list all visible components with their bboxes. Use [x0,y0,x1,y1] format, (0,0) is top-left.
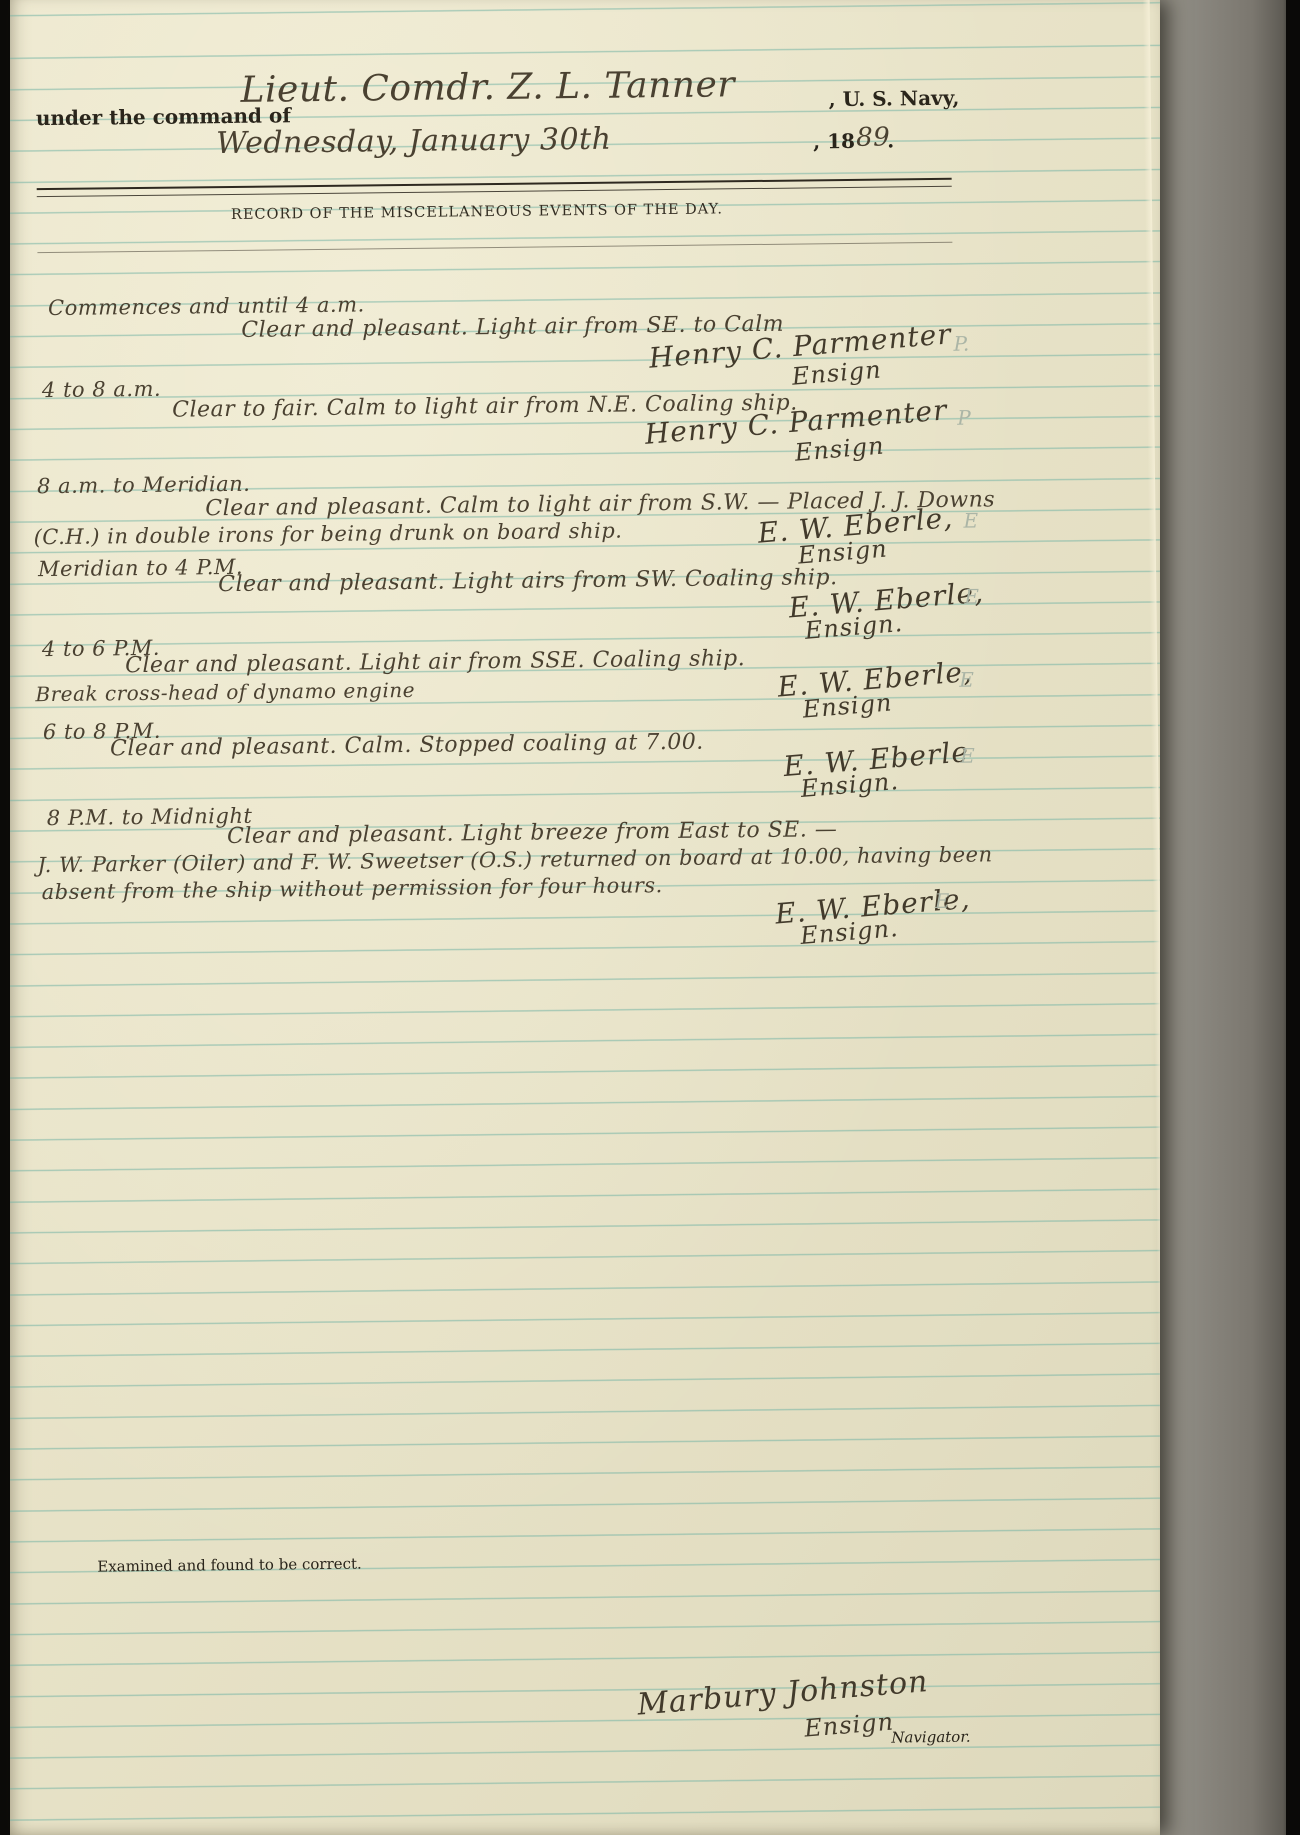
logbook-scan: { "page": { "header": { "printed_prefix"… [0,0,1300,1835]
margin-initial: E [935,889,950,913]
margin-initial: P. [953,332,969,356]
entry-line: Break cross-head of dynamo engine [35,678,415,706]
margin-initial: P [957,406,971,430]
entry-period: 8 P.M. to Midnight [47,804,253,830]
printed-navigator-label: Navigator. [891,1728,970,1747]
date-handwritten: Wednesday, January 30th [216,122,612,161]
entry-period: Meridian to 4 P.M. [38,555,243,581]
examined-statement: Examined and found to be correct. [97,1555,362,1576]
entry-period: Commences and until 4 a.m. [48,292,365,320]
entry-period: 4 to 8 a.m. [42,377,161,402]
margin-initial: E [964,585,979,609]
book-edge-shadow [1286,0,1300,1835]
margin-initial: E [959,668,974,692]
commander-name-handwritten: Lieut. Comdr. Z. L. Tanner [240,64,735,111]
entry-period: 8 a.m. to Meridian. [37,472,251,498]
page-content: under the command of Lieut. Comdr. Z. L.… [10,0,1160,1835]
year-handwritten: 89 [856,122,890,152]
margin-initial: E [963,509,978,533]
printed-year-prefix: , 18 [813,129,855,153]
logbook-page: under the command of Lieut. Comdr. Z. L.… [10,0,1160,1835]
printed-year-period: . [887,128,894,152]
printed-navy-suffix: , U. S. Navy, [829,86,960,111]
margin-initial: E [960,744,975,768]
